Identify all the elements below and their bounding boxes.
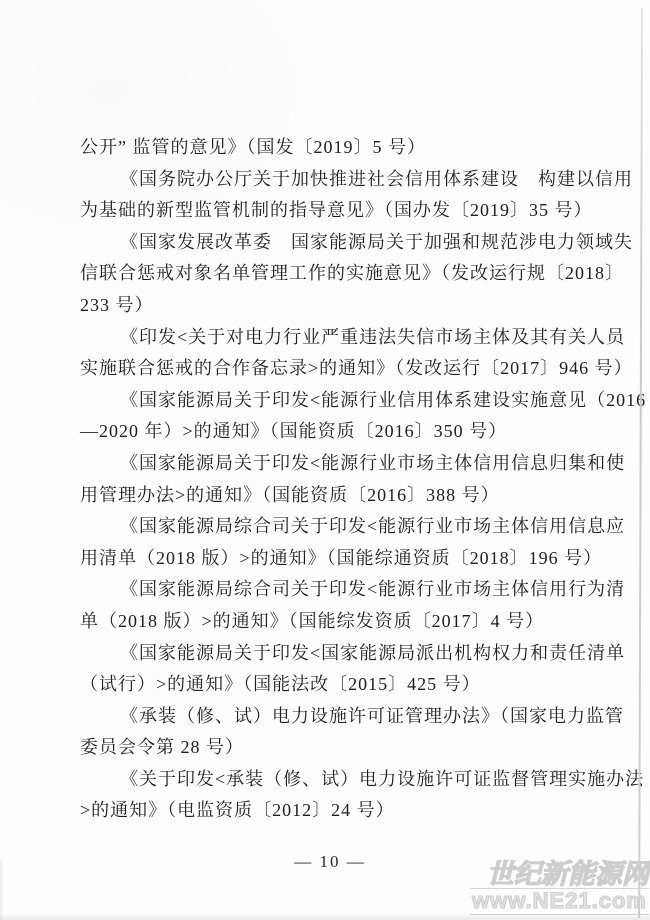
text-line: 《国家能源局关于印发<国家能源局派出机构权力和责任清单	[80, 638, 582, 670]
scan-left-shadow	[0, 860, 4, 920]
document-text-block: 公开” 监管的意见》（国发〔2019〕5 号）《国务院办公厅关于加快推进社会信用…	[80, 132, 582, 827]
text-line: 《印发<关于对电力行业严重违法失信市场主体及其有关人员	[80, 322, 582, 354]
text-line: 《国家能源局综合司关于印发<能源行业市场主体信用信息应	[80, 511, 582, 543]
text-line: 《承装（修、试）电力设施许可证管理办法》（国家电力监管	[80, 701, 582, 733]
text-line: 《国家能源局综合司关于印发<能源行业市场主体信用行为清	[80, 574, 582, 606]
watermark-site-url: www.NE21.com	[470, 888, 649, 915]
text-line: 《关于印发<承装（修、试）电力设施许可证监督管理实施办法	[80, 764, 582, 796]
text-line: 《国家能源局关于印发<能源行业信用体系建设实施意见（2016	[80, 385, 582, 417]
text-line: 用管理办法>的通知》（国能资质〔2016〕388 号）	[80, 480, 582, 512]
text-line: 用清单（2018 版）>的通知》（国能综通资质〔2018〕196 号）	[80, 543, 582, 575]
text-line: 《国务院办公厅关于加快推进社会信用体系建设 构建以信用	[80, 164, 582, 196]
text-line: 实施联合惩戒的合作备忘录>的通知》（发改运行〔2017〕946 号）	[80, 353, 582, 385]
text-line: 为基础的新型监管机制的指导意见》（国办发〔2019〕35 号）	[80, 195, 582, 227]
text-line: —2020 年）>的通知》（国能资质〔2016〕350 号）	[80, 416, 582, 448]
text-line: 委员会令第 28 号）	[80, 732, 582, 764]
text-line: （试行）>的通知》（国能法改〔2015〕425 号）	[80, 669, 582, 701]
page-number: — 10 —	[0, 852, 650, 872]
text-line: 公开” 监管的意见》（国发〔2019〕5 号）	[80, 132, 582, 164]
text-line: 《国家能源局关于印发<能源行业市场主体信用信息归集和使	[80, 448, 582, 480]
text-line: 单（2018 版）>的通知》（国能综发资质〔2017〕4 号）	[80, 606, 582, 638]
scan-bottom-shadow	[0, 913, 650, 920]
document-page: 公开” 监管的意见》（国发〔2019〕5 号）《国务院办公厅关于加快推进社会信用…	[0, 0, 650, 920]
text-line: 《国家发展改革委 国家能源局关于加强和规范涉电力领域失	[80, 227, 582, 259]
text-line: >的通知》（电监资质〔2012〕24 号）	[80, 795, 582, 827]
text-line: 信联合惩戒对象名单管理工作的实施意见》（发改运行规〔2018〕	[80, 258, 582, 290]
text-line: 233 号）	[80, 290, 582, 322]
